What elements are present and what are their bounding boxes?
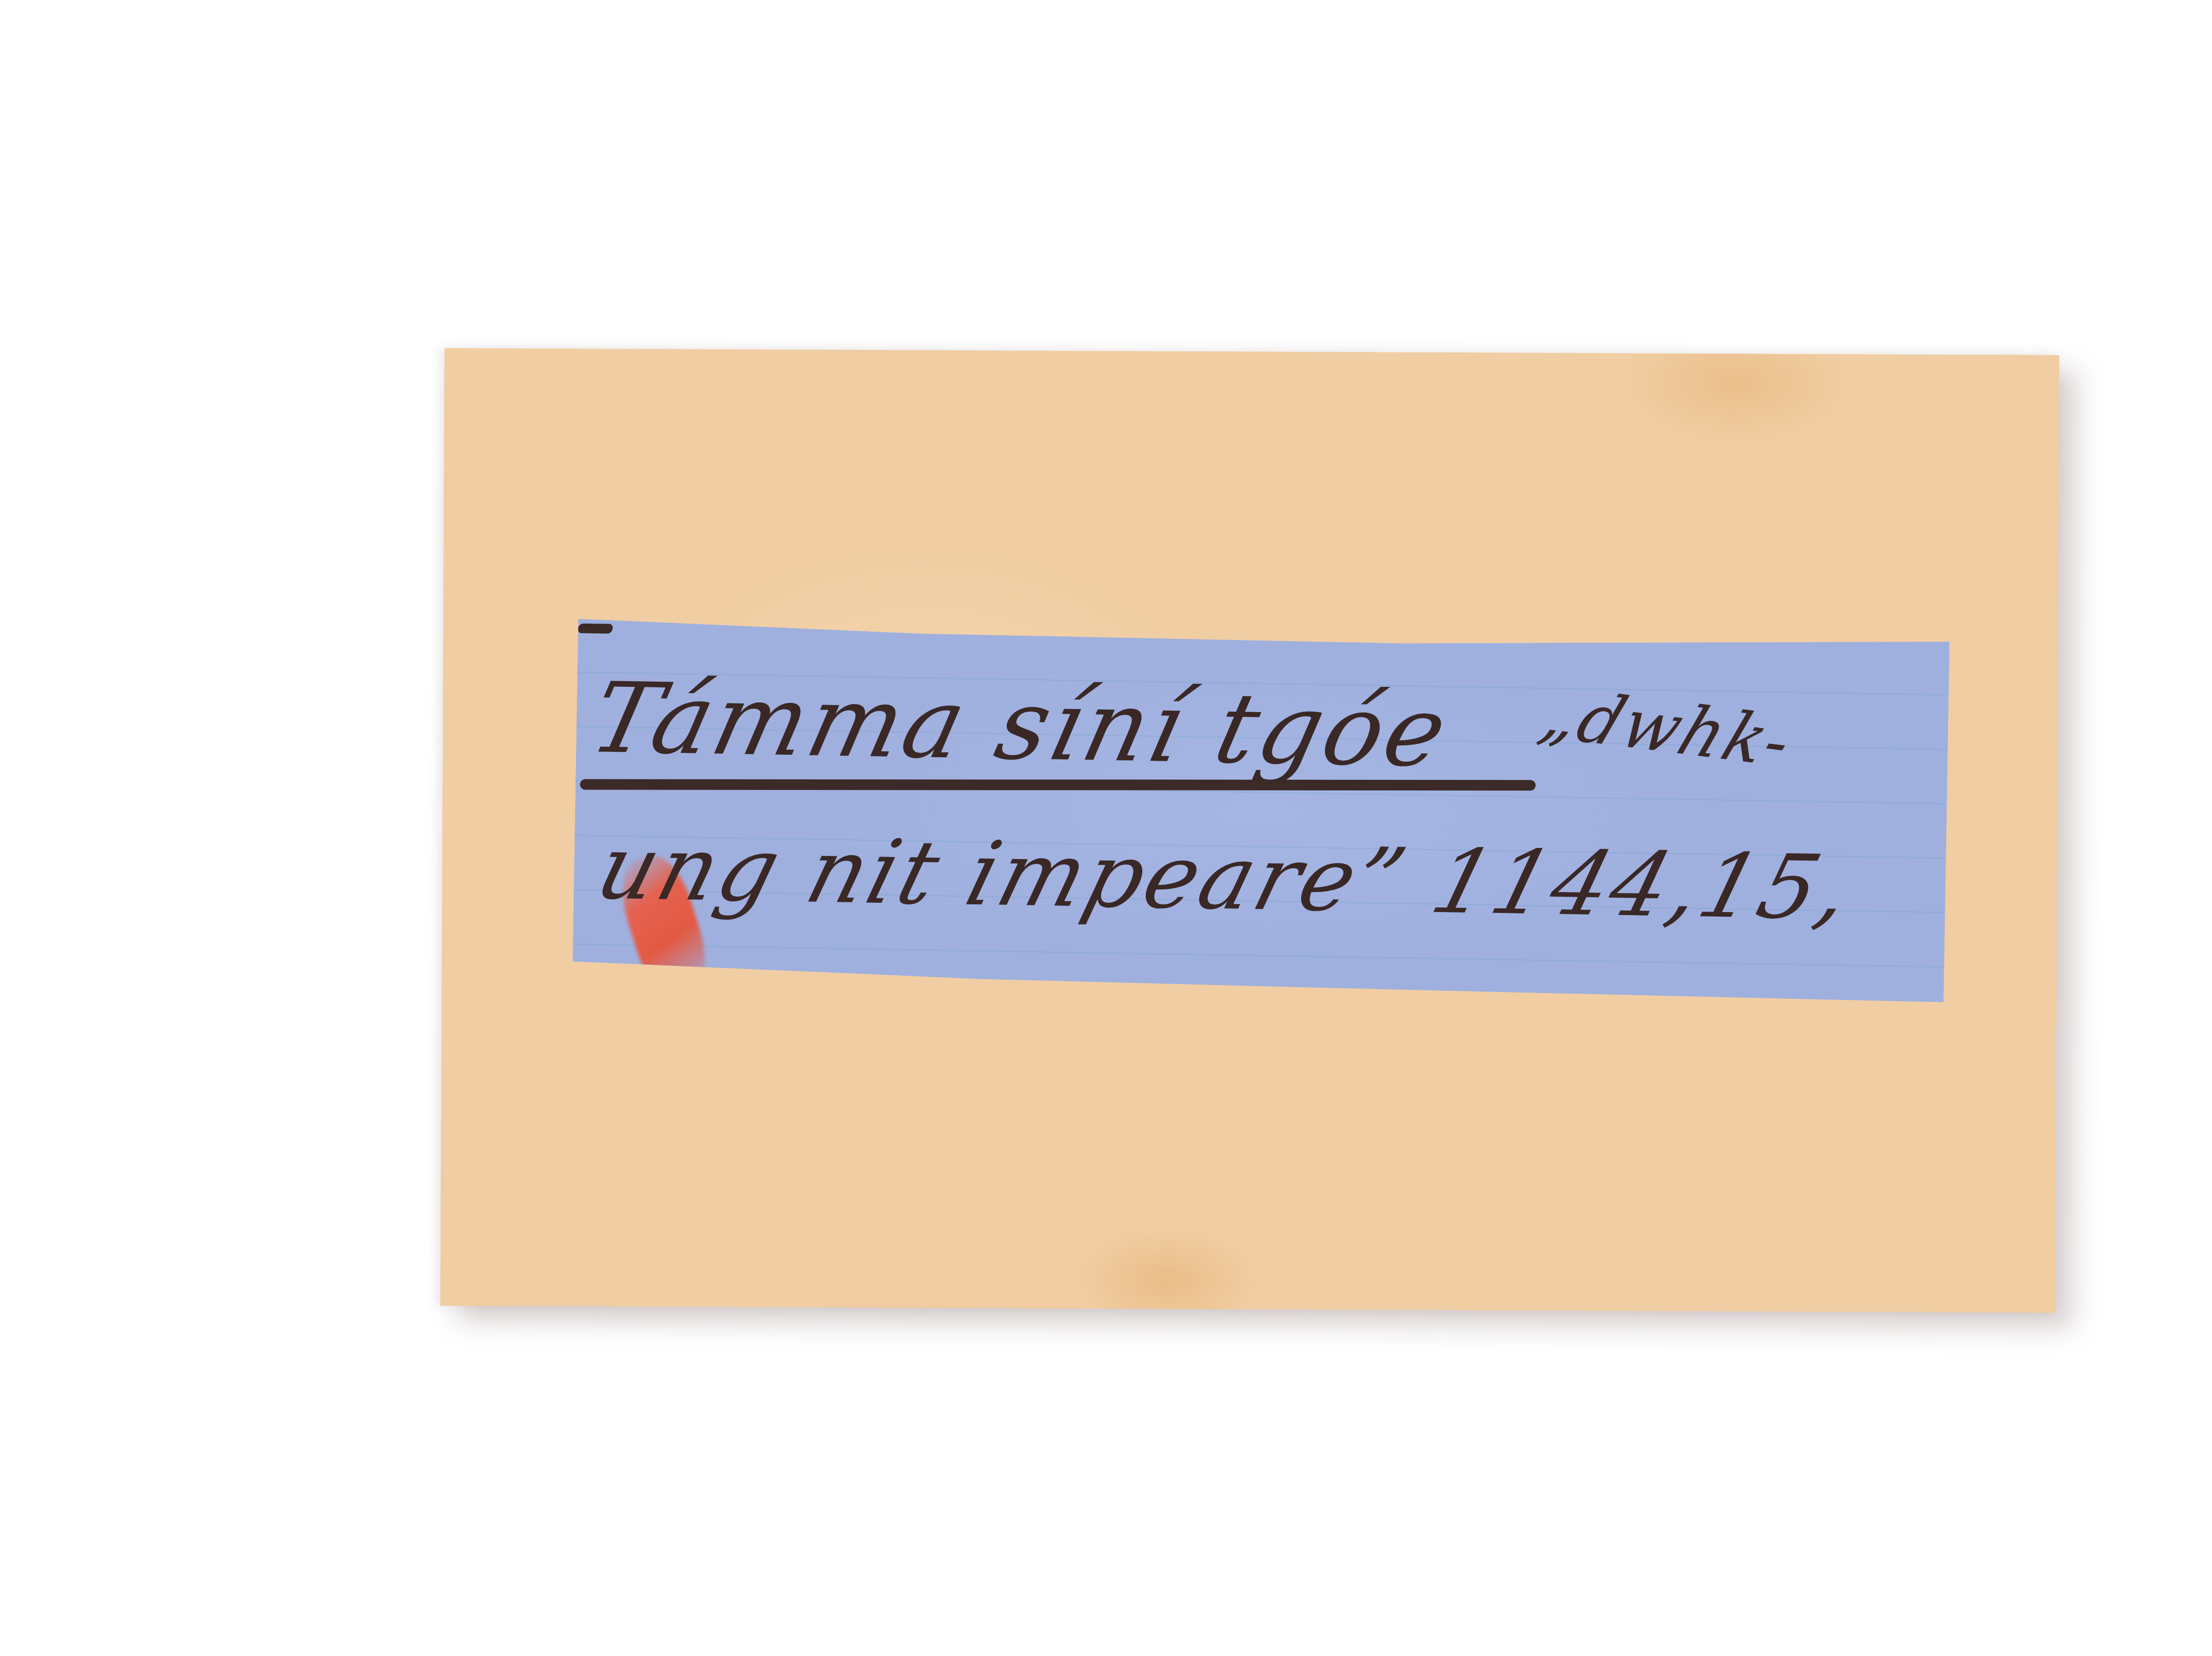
ink-margin-mark-top <box>577 623 614 633</box>
handwriting-line-1: Támma síní tgóe <box>581 662 1459 789</box>
ink-margin-mark-bottom <box>577 965 652 976</box>
blue-paper-slip: Támma síní tgóe „dwhk- ung nit impeare” … <box>572 619 1950 1002</box>
handwriting-line-2: ung nit impeare” 1144,15, <box>587 816 1864 940</box>
mounting-card: Támma síní tgóe „dwhk- ung nit impeare” … <box>440 348 2059 1313</box>
ink-underline <box>580 779 1536 791</box>
handwriting-line-1-continuation: „dwhk- <box>1531 675 1805 782</box>
